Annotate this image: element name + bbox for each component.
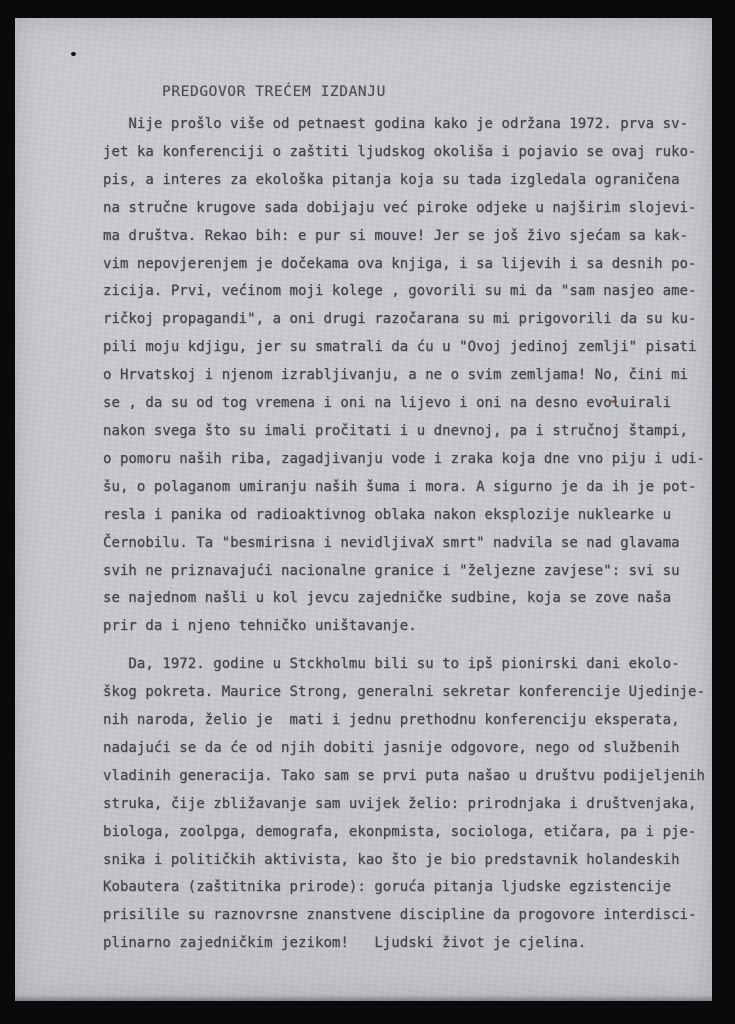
page-title: PREDGOVOR TREĆEM IZDANJU — [162, 84, 678, 100]
typewritten-page: PREDGOVOR TREĆEM IZDANJU Nije prošlo viš… — [15, 18, 712, 1001]
paper-bottom-shadow — [15, 995, 712, 1001]
page-content: PREDGOVOR TREĆEM IZDANJU Nije prošlo viš… — [103, 84, 678, 958]
scan-background: PREDGOVOR TREĆEM IZDANJU Nije prošlo viš… — [0, 0, 735, 1024]
ink-speck — [71, 52, 76, 56]
paragraph-2: Da, 1972. godine u Stckholmu bili su to … — [103, 651, 678, 958]
paragraph-1: Nije prošlo više od petnaest godina kako… — [103, 111, 678, 641]
